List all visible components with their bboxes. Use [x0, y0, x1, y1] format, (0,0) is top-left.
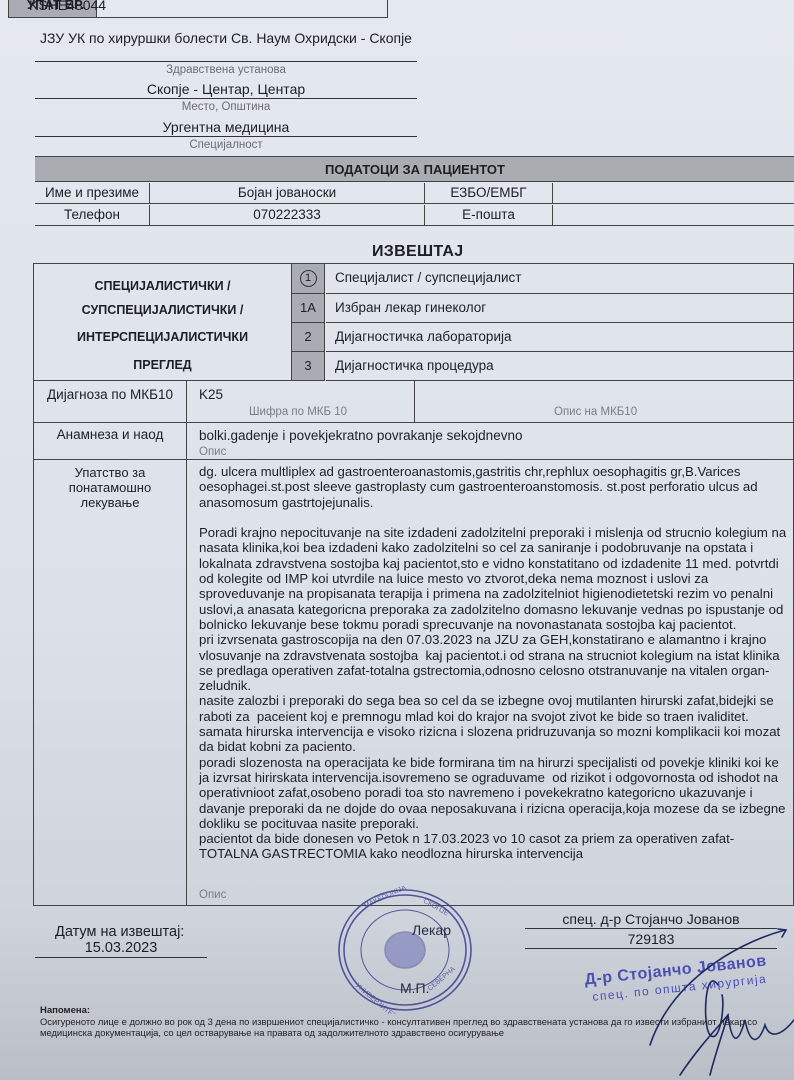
- therapy-label: Упатство за понатамошно лекување: [34, 459, 187, 905]
- report-date-value: 15.03.2023: [35, 939, 207, 958]
- specialty-value: Ургентна медицина: [35, 119, 417, 137]
- signature-icon: [610, 925, 794, 1080]
- svg-text:СЕВЕРНА: СЕВЕРНА: [427, 965, 457, 992]
- exam-option-code[interactable]: 2: [292, 323, 325, 352]
- therapy-paragraph: nasite zalozbi i preporaki do sega bea s…: [199, 693, 789, 724]
- report-title: ИЗВЕШТАЈ: [372, 243, 463, 261]
- exam-type-line: СУПСПЕЦИЈАЛИСТИЧКИ /: [34, 303, 291, 317]
- institution-name: ЈЗУ УК по хируршки болести Св. Наум Охри…: [35, 31, 417, 62]
- therapy-paragraph: pacientot da bide donesen vo Petok n 17.…: [199, 831, 789, 862]
- exam-option-procedure[interactable]: Дијагностичка процедура: [326, 352, 794, 381]
- phone-value: 070222333: [150, 205, 425, 225]
- patient-section-title: ПОДАТОЦИ ЗА ПАЦИЕНТОТ: [325, 162, 505, 177]
- phone-label: Телефон: [35, 205, 150, 225]
- patient-row-name: Име и презиме Бојан јованоски ЕЗБО/ЕМБГ: [35, 183, 794, 204]
- selected-circle-icon: 1: [300, 270, 317, 287]
- exam-type-line: ИНТЕРСПЕЦИЈАЛИСТИЧКИ: [34, 330, 291, 344]
- exam-type-label: СПЕЦИЈАЛИСТИЧКИ / СУПСПЕЦИЈАЛИСТИЧКИ / И…: [34, 264, 292, 381]
- seal-label: М.П.: [400, 980, 430, 996]
- exam-option-specialist[interactable]: Специјалист / супспецијалист: [326, 264, 794, 294]
- note-text: Осигуреното лице е должно во рок од 3 де…: [40, 1017, 760, 1038]
- exam-option-code[interactable]: 1: [292, 264, 325, 294]
- anamnesis-label: Анамнеза и наод: [34, 422, 187, 460]
- therapy-paragraph: poradi slozenosta na operacijata ke bide…: [199, 755, 789, 831]
- svg-text:УНИВЕРЗИТЕТ: УНИВЕРЗИТЕТ: [354, 982, 398, 1014]
- therapy-paragraph: pri izvrsenata gastroscopija na den 07.0…: [199, 632, 789, 693]
- patient-section-header: ПОДАТОЦИ ЗА ПАЦИЕНТОТ: [35, 156, 794, 182]
- institution-caption: Здравствена установа: [35, 64, 417, 76]
- diagnosis-desc-caption: Опис на МКБ10: [554, 406, 637, 418]
- ezbo-label: ЕЗБО/ЕМБГ: [425, 183, 553, 203]
- name-value: Бојан јованоски: [150, 183, 425, 203]
- anamnesis-value: bolki.gadenje i povekjekratno povrakanje…: [199, 428, 522, 443]
- svg-text:MAKEDONIJA: MAKEDONIJA: [363, 886, 408, 910]
- exam-type-line: СПЕЦИЈАЛИСТИЧКИ /: [34, 279, 291, 293]
- diagnosis-divider: [414, 381, 415, 423]
- exam-option-code[interactable]: 1А: [292, 294, 325, 323]
- place-value: Скопје - Центар, Центар: [35, 81, 417, 99]
- email-label: Е-пошта: [425, 205, 553, 225]
- referral-number-box: УПАТ БР. KSHE48044: [8, 0, 388, 18]
- therapy-paragraph: samata hirurska intervencija e visoko ri…: [199, 724, 789, 755]
- exam-option-code[interactable]: 3: [292, 352, 325, 381]
- report-date-label: Датум на извештај:: [55, 924, 184, 940]
- therapy-paragraph: dg. ulcera multliplex ad gastroenteroana…: [199, 464, 789, 510]
- specialty-caption: Специјалност: [35, 139, 417, 151]
- place-caption: Место, Општина: [35, 101, 417, 113]
- therapy-caption: Опис: [199, 889, 226, 901]
- patient-row-phone: Телефон 070222333 Е-пошта: [35, 205, 794, 226]
- anamnesis-caption: Опис: [199, 446, 226, 458]
- report-table: СПЕЦИЈАЛИСТИЧКИ / СУПСПЕЦИЈАЛИСТИЧКИ / И…: [33, 263, 794, 906]
- therapy-paragraph: [199, 510, 789, 525]
- therapy-text: dg. ulcera multliplex ad gastroenteroana…: [199, 464, 789, 862]
- exam-option-gynecologist[interactable]: Избран лекар гинеколог: [326, 294, 794, 323]
- name-label: Име и презиме: [35, 183, 150, 203]
- referral-number-value: KSHE48044: [9, 0, 106, 13]
- diagnosis-code-caption: Шифра по МКБ 10: [249, 406, 347, 418]
- therapy-paragraph: Poradi krajno nepocituvanje na site izda…: [199, 525, 789, 632]
- doctor-label: Лекар: [412, 922, 451, 938]
- note-title: Напомена:: [40, 1005, 90, 1016]
- diagnosis-code: K25: [199, 387, 223, 402]
- exam-type-line: ПРЕГЛЕД: [34, 358, 291, 372]
- exam-option-lab[interactable]: Дијагностичка лабораторија: [326, 323, 794, 352]
- diagnosis-label: Дијагноза по МКБ10: [34, 381, 187, 423]
